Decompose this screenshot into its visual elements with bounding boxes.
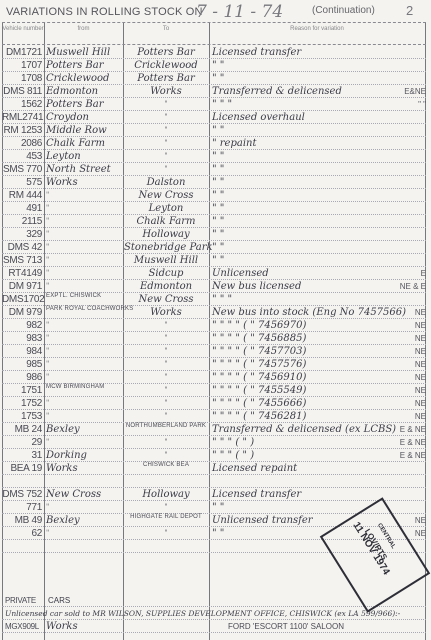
private-car-row: MGX909L Works FORD 'ESCORT 1100' SALOON — [2, 620, 426, 633]
vehicle-number: DMS 811 — [2, 85, 42, 98]
table-row: RM 444"New Cross" " — [2, 189, 426, 202]
status-code — [386, 241, 426, 254]
status-code — [386, 202, 426, 215]
from-location: " — [46, 241, 122, 254]
status-code — [386, 254, 426, 267]
vehicle-number: SMS 713 — [2, 254, 42, 267]
status-code: E & NE — [386, 449, 426, 462]
variation-reason: " " — [212, 241, 382, 254]
status-code: NE — [386, 319, 426, 332]
from-location: Cricklewood — [46, 72, 122, 85]
variation-reason: " " — [212, 150, 382, 163]
table-row: DM 979PARK ROYAL COACHWORKSWorksNew bus … — [2, 306, 426, 319]
to-location: " — [124, 150, 208, 163]
status-code: NE — [386, 345, 426, 358]
variation-reason: New bus into stock (Eng No 7457566) — [212, 306, 382, 319]
from-location: Muswell Hill — [46, 46, 122, 59]
table-row: DMS 42"Stonebridge Park" " — [2, 241, 426, 254]
from-location: " — [46, 527, 122, 540]
table-row: SMS 770North Street"" " — [2, 163, 426, 176]
variation-reason: " " " " ( " 7456910) — [212, 371, 382, 384]
vehicle-number: 986 — [2, 371, 42, 384]
to-location: " — [124, 397, 208, 410]
to-location: Potters Bar — [124, 46, 208, 59]
table-row: 1562Potters Bar"" " "" " — [2, 98, 426, 111]
vehicle-number: MB 49 — [2, 514, 42, 527]
vehicle-number: 1751 — [2, 384, 42, 397]
from-location: " — [46, 319, 122, 332]
from-location: " — [46, 345, 122, 358]
status-code — [386, 46, 426, 59]
variation-reason: " " — [212, 176, 382, 189]
table-row: DMS 752New CrossHollowayLicensed transfe… — [2, 488, 426, 501]
cars-heading: CARS — [48, 594, 70, 607]
from-location: " — [46, 228, 122, 241]
from-location: Potters Bar — [46, 98, 122, 111]
private-car-note: Unlicensed car sold to MR WILSON, SUPPLI… — [5, 607, 400, 620]
from-location: Croydon — [46, 111, 122, 124]
variation-reason: Licensed transfer — [212, 488, 382, 501]
status-code: NE — [386, 410, 426, 423]
vehicle-number: 491 — [2, 202, 42, 215]
vehicle-number: MB 24 — [2, 423, 42, 436]
private-cars-note-row: Unlicensed car sold to MR WILSON, SUPPLI… — [2, 607, 426, 620]
table-row: 1707Potters BarCricklewood" " — [2, 59, 426, 72]
to-location: " — [124, 384, 208, 397]
table-row: 2086Chalk Farm"" repaint — [2, 137, 426, 150]
from-location: " — [46, 371, 122, 384]
vehicle-number: 984 — [2, 345, 42, 358]
status-code — [386, 293, 426, 306]
status-code: E & NE — [386, 436, 426, 449]
status-code: E & NE — [386, 423, 426, 436]
variation-reason: " " " " ( " 7455549) — [212, 384, 382, 397]
to-location — [124, 540, 208, 553]
table-row: 984""" " " " ( " 7457703)NE — [2, 345, 426, 358]
to-location: Potters Bar — [124, 72, 208, 85]
private-car-description: FORD 'ESCORT 1100' SALOON — [228, 620, 344, 633]
variation-reason: " " " " ( " 7457703) — [212, 345, 382, 358]
variation-reason: " " " " ( " 7456970) — [212, 319, 382, 332]
from-location: Leyton — [46, 150, 122, 163]
status-code — [386, 215, 426, 228]
header-rule — [2, 44, 426, 45]
from-location: Chalk Farm — [46, 137, 122, 150]
from-location: Dorking — [46, 449, 122, 462]
variation-reason: " " " ( " ) — [212, 436, 382, 449]
table-row: 453Leyton"" " — [2, 150, 426, 163]
to-location: " — [124, 163, 208, 176]
variation-reason: " " — [212, 228, 382, 241]
status-code: NE — [386, 397, 426, 410]
status-code — [386, 462, 426, 475]
variation-reason: " " — [212, 163, 382, 176]
column-header-to: To — [123, 22, 209, 44]
to-location: Chalk Farm — [124, 215, 208, 228]
table-row: 985""" " " " ( " 7457576)NE — [2, 358, 426, 371]
to-location: " — [124, 501, 208, 514]
vehicle-number: 1753 — [2, 410, 42, 423]
from-location: " — [46, 215, 122, 228]
vehicle-number: SMS 770 — [2, 163, 42, 176]
status-code — [386, 488, 426, 501]
column-header-from: from — [44, 22, 123, 44]
variation-reason: Unlicensed — [212, 267, 382, 280]
table-row: SMS 713"Muswell Hill" " — [2, 254, 426, 267]
from-location: " — [46, 267, 122, 280]
status-code — [386, 163, 426, 176]
from-location: " — [46, 189, 122, 202]
table-row: 575WorksDalston" " — [2, 176, 426, 189]
to-location: " — [124, 111, 208, 124]
variation-reason: Licensed transfer — [212, 46, 382, 59]
vehicle-number: RM 444 — [2, 189, 42, 202]
vehicle-number: BEA 19 — [2, 462, 42, 475]
variation-reason: " " — [212, 215, 382, 228]
table-row: BEA 19WorksCHISWICK BEALicensed repaint — [2, 462, 426, 475]
column-header-reason: Reason for variation — [209, 22, 425, 44]
from-location: " — [46, 397, 122, 410]
to-location: New Cross — [124, 293, 208, 306]
to-location: " — [124, 319, 208, 332]
table-row: 31Dorking"" " " ( " )E & NE — [2, 449, 426, 462]
variation-reason: " " " " ( " 7455666) — [212, 397, 382, 410]
from-location: North Street — [46, 163, 122, 176]
status-code — [386, 176, 426, 189]
vehicle-number: 771 — [2, 501, 42, 514]
to-location: " — [124, 124, 208, 137]
to-location: Sidcup — [124, 267, 208, 280]
table-row: 983""" " " " ( " 7456885)NE — [2, 332, 426, 345]
table-row: DM 971"EdmontonNew bus licensedNE & E — [2, 280, 426, 293]
status-code: NE — [386, 384, 426, 397]
vehicle-number: 31 — [2, 449, 42, 462]
to-location: " — [124, 137, 208, 150]
table-row: 29""" " " ( " )E & NE — [2, 436, 426, 449]
from-location — [46, 475, 122, 488]
to-location: Leyton — [124, 202, 208, 215]
vehicle-number — [2, 475, 42, 488]
column-header-number: Vehicle number — [2, 22, 44, 44]
to-location: New Cross — [124, 189, 208, 202]
status-code — [386, 150, 426, 163]
vehicle-number: 985 — [2, 358, 42, 371]
variation-reason: " " — [212, 72, 382, 85]
status-code: NE & E — [386, 280, 426, 293]
status-code — [386, 475, 426, 488]
vehicle-number: RT4149 — [2, 267, 42, 280]
from-location: Works — [46, 462, 122, 475]
from-location: New Cross — [46, 488, 122, 501]
status-code — [386, 228, 426, 241]
vehicle-number: 2115 — [2, 215, 42, 228]
from-location: Middle Row — [46, 124, 122, 137]
to-location: Dalston — [124, 176, 208, 189]
vehicle-number: 329 — [2, 228, 42, 241]
vehicle-number — [2, 540, 42, 553]
private-heading: PRIVATE — [2, 594, 45, 607]
to-location: " — [124, 345, 208, 358]
vehicle-number: 453 — [2, 150, 42, 163]
table-row: 1753""" " " " ( " 7456281)NE — [2, 410, 426, 423]
to-location: Holloway — [124, 228, 208, 241]
status-code — [386, 59, 426, 72]
from-location: " — [46, 436, 122, 449]
table-row: 982""" " " " ( " 7456970)NE — [2, 319, 426, 332]
vehicle-number: DM 971 — [2, 280, 42, 293]
vehicle-number: 575 — [2, 176, 42, 189]
vehicle-number: 1708 — [2, 72, 42, 85]
page-number: 2 — [406, 3, 413, 18]
to-location: Muswell Hill — [124, 254, 208, 267]
to-location: CHISWICK BEA — [124, 462, 208, 475]
variation-reason: " repaint — [212, 137, 382, 150]
to-location: " — [124, 436, 208, 449]
status-code — [386, 124, 426, 137]
variation-reason: Transferred & delicensed — [212, 85, 382, 98]
to-location: Holloway — [124, 488, 208, 501]
variation-reason — [212, 475, 382, 488]
vehicle-number: 1752 — [2, 397, 42, 410]
table-row: 491"Leyton" " — [2, 202, 426, 215]
to-location: Stonebridge Park — [124, 241, 208, 254]
status-code — [386, 137, 426, 150]
from-location: Potters Bar — [46, 59, 122, 72]
table-row: DM1721Muswell HillPotters BarLicensed tr… — [2, 46, 426, 59]
status-code: NE — [386, 306, 426, 319]
vehicle-number: 1707 — [2, 59, 42, 72]
variation-reason: " " — [212, 59, 382, 72]
vehicle-number: 1562 — [2, 98, 42, 111]
variation-reason: " " " " ( " 7457576) — [212, 358, 382, 371]
status-code: NE — [386, 332, 426, 345]
to-location: Cricklewood — [124, 59, 208, 72]
vehicle-number: 983 — [2, 332, 42, 345]
page-title: VARIATIONS IN ROLLING STOCK ON — [6, 6, 203, 18]
from-location: " — [46, 501, 122, 514]
table-row: RML2741Croydon"Licensed overhaul — [2, 111, 426, 124]
variation-reason: " " " " ( " 7456885) — [212, 332, 382, 345]
to-location: " — [124, 410, 208, 423]
private-car-number: MGX909L — [2, 620, 45, 633]
from-location: Bexley — [46, 423, 122, 436]
variation-reason: " " — [212, 254, 382, 267]
to-location: Works — [124, 85, 208, 98]
status-code — [386, 111, 426, 124]
vehicle-number: DM 979 — [2, 306, 42, 319]
status-code: " " — [386, 98, 426, 111]
to-location: NORTHUMBERLAND PARK — [124, 423, 208, 436]
to-location: " — [124, 449, 208, 462]
variation-reason: " " — [212, 124, 382, 137]
vehicle-number: DMS 752 — [2, 488, 42, 501]
variation-reason: " " " — [212, 98, 382, 111]
from-location: PARK ROYAL COACHWORKS — [46, 306, 122, 319]
continuation-label: (Continuation) — [312, 5, 375, 16]
from-location: MCW BIRMINGHAM — [46, 384, 122, 397]
vehicle-number: 982 — [2, 319, 42, 332]
status-code: NE — [386, 371, 426, 384]
vehicle-number: DM1721 — [2, 46, 42, 59]
page-date: 7 - 11 - 74 — [196, 2, 283, 22]
vehicle-number: DMS1702 — [2, 293, 42, 306]
vehicle-number: 29 — [2, 436, 42, 449]
table-row: MB 24BexleyNORTHUMBERLAND PARKTransferre… — [2, 423, 426, 436]
variation-reason: " " — [212, 189, 382, 202]
to-location — [124, 475, 208, 488]
variation-reason: Transferred & delicensed (ex LCBS) — [212, 423, 382, 436]
to-location: " — [124, 98, 208, 111]
status-code: E — [386, 267, 426, 280]
private-car-from: Works — [46, 620, 122, 633]
to-location: " — [124, 332, 208, 345]
from-location: " — [46, 410, 122, 423]
variation-reason: Licensed overhaul — [212, 111, 382, 124]
table-row: RM 1253Middle Row"" " — [2, 124, 426, 137]
to-location: " — [124, 527, 208, 540]
status-code: NE — [386, 358, 426, 371]
status-code — [386, 189, 426, 202]
from-location: " — [46, 254, 122, 267]
from-location: " — [46, 202, 122, 215]
table-row: 986""" " " " ( " 7456910)NE — [2, 371, 426, 384]
to-location: Edmonton — [124, 280, 208, 293]
variation-reason: New bus licensed — [212, 280, 382, 293]
variation-reason: " " " ( " ) — [212, 449, 382, 462]
table-row: DMS 811EdmontonWorksTransferred & delice… — [2, 85, 426, 98]
status-code: E&NE — [386, 85, 426, 98]
vehicle-number: RM 1253 — [2, 124, 42, 137]
variation-reason: " " — [212, 202, 382, 215]
from-location: " — [46, 280, 122, 293]
from-location: " — [46, 358, 122, 371]
to-location: " — [124, 371, 208, 384]
to-location: Works — [124, 306, 208, 319]
to-location: " — [124, 358, 208, 371]
variation-reason: " " " — [212, 293, 382, 306]
table-row: DMS1702EXPTL. CHISWICKNew Cross" " " — [2, 293, 426, 306]
variation-reason: " " " " ( " 7456281) — [212, 410, 382, 423]
table-row: RT4149"SidcupUnlicensedE — [2, 267, 426, 280]
status-code — [386, 72, 426, 85]
vehicle-number: 62 — [2, 527, 42, 540]
table-row: 1708CricklewoodPotters Bar" " — [2, 72, 426, 85]
from-location — [46, 540, 122, 553]
vehicle-number: RML2741 — [2, 111, 42, 124]
from-location: Edmonton — [46, 85, 122, 98]
table-row: 2115"Chalk Farm" " — [2, 215, 426, 228]
table-row: 1752""" " " " ( " 7455666)NE — [2, 397, 426, 410]
from-location: " — [46, 332, 122, 345]
table-row: 1751MCW BIRMINGHAM"" " " " ( " 7455549)N… — [2, 384, 426, 397]
vehicle-number: 2086 — [2, 137, 42, 150]
vehicle-number: DMS 42 — [2, 241, 42, 254]
table-row — [2, 475, 426, 488]
from-location: Works — [46, 176, 122, 189]
table-row: 329"Holloway" " — [2, 228, 426, 241]
to-location: HIGHGATE RAIL DEPOT — [124, 514, 208, 527]
from-location: Bexley — [46, 514, 122, 527]
from-location: EXPTL. CHISWICK — [46, 293, 122, 306]
variation-reason: Licensed repaint — [212, 462, 382, 475]
